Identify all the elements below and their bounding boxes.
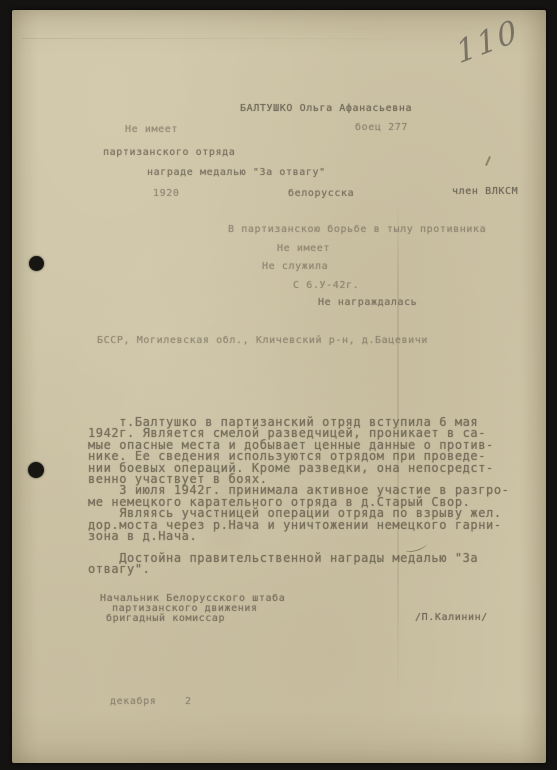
field-membership: член ВЛКСМ: [452, 186, 518, 197]
field-award: награде медалью "За отвагу": [147, 167, 326, 178]
field-unit: партизанского отряда: [103, 147, 235, 158]
field-birth-year: 1920: [153, 188, 179, 199]
scanned-document: 110 БАЛТУШКО Ольга Афанасьевна Не имеет …: [0, 0, 557, 770]
field-previous-awards: Не награждалась: [318, 297, 417, 308]
field-in-partisans-since: С 6.У-42г.: [293, 280, 359, 291]
signer-name: /П.Калинин/: [415, 612, 488, 623]
field-army-service: Не служила: [262, 261, 328, 272]
field-participation: В партизанскою борьбе в тылу противника: [228, 224, 486, 235]
field-home-address: БССР, Могилевская обл., Кличевский р-н, …: [97, 335, 428, 346]
field-full-name: БАЛТУШКО Ольга Афанасьевна: [240, 103, 412, 114]
punch-hole-top: [29, 256, 44, 271]
field-wounds: Не имеет: [277, 243, 330, 254]
handwritten-page-number: 110: [453, 13, 522, 72]
field-has-not: Не имеет: [125, 124, 178, 135]
footer-number: 2: [185, 696, 192, 707]
document-page: 110 БАЛТУШКО Ольга Афанасьевна Не имеет …: [12, 10, 546, 763]
field-nationality: белорусска: [288, 188, 354, 199]
signer-title-line3: бригадный комиссар: [106, 613, 225, 624]
pencil-tick-mark: [485, 156, 491, 166]
conclusion-line: отвагу".: [88, 564, 478, 575]
citation-text: т.Балтушко в партизанский отряд вступила…: [88, 417, 509, 542]
field-rank: боец 277: [355, 122, 408, 133]
punch-hole-bottom: [28, 462, 44, 478]
award-conclusion: Достойна правительственной награды медал…: [88, 553, 478, 576]
footer-month: декабря: [110, 696, 156, 707]
citation-line: зона в д.Нача.: [88, 531, 509, 542]
